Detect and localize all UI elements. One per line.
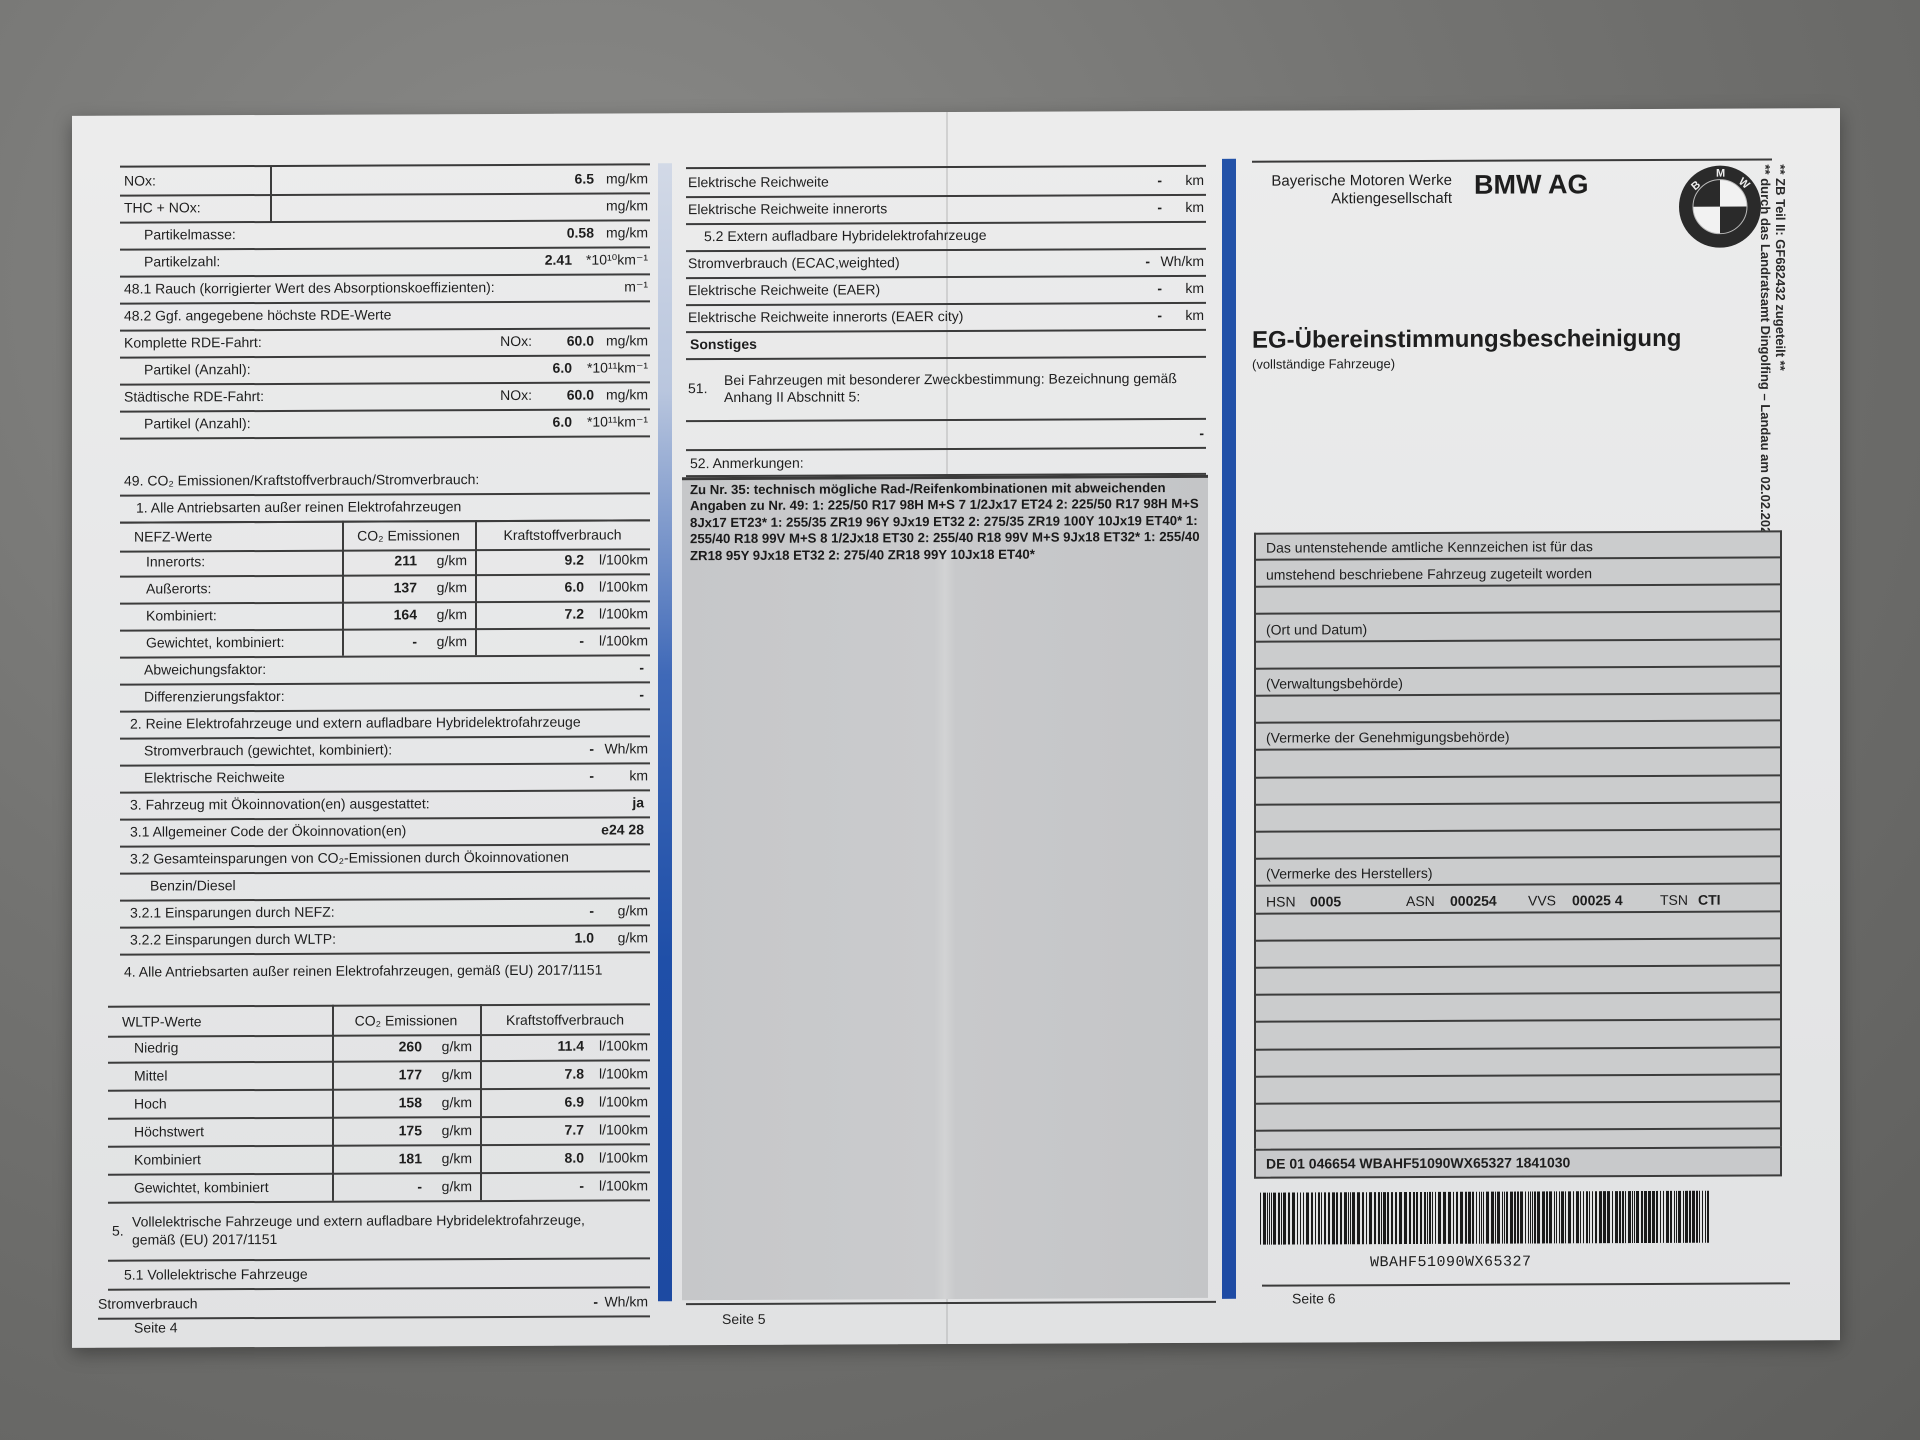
- row-label: Niedrig: [134, 1033, 178, 1061]
- item-52-heading: 52. Anmerkungen:: [686, 449, 1206, 477]
- box-row-empty: [1256, 995, 1780, 1023]
- barcode-bar: [1292, 1193, 1295, 1245]
- remarks-box: Zu Nr. 35: technisch mögliche Rad-/Reife…: [682, 475, 1208, 1300]
- fuel-unit: l/100km: [599, 1115, 648, 1143]
- registration-box: Das untenstehende amtliche Kennzeichen i…: [1254, 530, 1782, 1150]
- barcode-bar: [1520, 1192, 1523, 1244]
- row-value: -: [1157, 302, 1162, 329]
- barcode-bar: [1288, 1193, 1290, 1245]
- barcode-bar: [1420, 1192, 1422, 1244]
- row-unit: *10¹¹km⁻¹: [587, 408, 648, 435]
- barcode-bar: [1678, 1191, 1681, 1243]
- fuel-unit: l/100km: [599, 573, 648, 600]
- barcode-bar: [1628, 1191, 1631, 1243]
- row-label: 2. Reine Elektrofahrzeuge und extern auf…: [130, 709, 581, 738]
- fuel-value: 6.0: [565, 574, 584, 601]
- data-row: Partikel (Anzahl):6.0*10¹¹km⁻¹: [120, 408, 650, 439]
- barcode-bar: [1340, 1192, 1342, 1244]
- barcode-bar: [1427, 1192, 1428, 1244]
- barcode-bar: [1612, 1191, 1613, 1243]
- page-5-footer: Seite 5: [722, 1311, 766, 1327]
- row-value: -: [589, 898, 594, 925]
- barcode-bar: [1573, 1191, 1574, 1243]
- document-title: EG-Übereinstimmungsbescheinigung: [1252, 325, 1681, 355]
- barcode-bar: [1278, 1193, 1280, 1245]
- barcode-bar: [1416, 1192, 1418, 1244]
- barcode-bar: [1634, 1191, 1635, 1243]
- barcode-bar: [1269, 1193, 1270, 1245]
- co2-value: 137: [394, 574, 417, 601]
- barcode-bar: [1641, 1191, 1643, 1243]
- sonstiges-heading: Sonstiges: [686, 329, 1206, 360]
- barcode-bar: [1435, 1192, 1436, 1244]
- document-subtitle: (vollständige Fahrzeuge): [1252, 356, 1395, 372]
- row-unit: g/km: [618, 924, 648, 951]
- row-unit: Wh/km: [604, 735, 648, 762]
- barcode-bar: [1525, 1192, 1526, 1244]
- barcode-bar: [1663, 1191, 1664, 1243]
- row-value: ja: [632, 789, 644, 816]
- column-divider: [332, 1005, 334, 1201]
- row-unit: m⁻¹: [624, 273, 648, 300]
- row-value: -: [589, 736, 594, 763]
- fuel-value: 8.0: [565, 1144, 584, 1172]
- row-value: 2.41: [545, 247, 572, 274]
- barcode-bar: [1707, 1191, 1709, 1243]
- header-fuel: Kraftstoffverbrauch: [475, 521, 650, 549]
- row-label: 3.2 Gesamteinsparungen von CO₂-Emissione…: [130, 844, 569, 873]
- row-label: Partikelmasse:: [144, 221, 236, 248]
- column-divider: [480, 1004, 482, 1200]
- co2-value: 175: [399, 1116, 422, 1144]
- fuel-unit: l/100km: [599, 1171, 648, 1199]
- page-6: Bayerische Motoren Werke Aktiengesellsch…: [1252, 158, 1812, 1320]
- barcode-bar: [1699, 1191, 1700, 1243]
- row-label: Elektrische Reichweite innerorts: [688, 195, 887, 223]
- barcode-bar: [1366, 1192, 1367, 1244]
- table-row: Gewichtet, kombiniert-g/km-l/100km: [108, 1171, 650, 1203]
- barcode-bar: [1554, 1191, 1555, 1243]
- barcode-bar: [1549, 1191, 1552, 1243]
- barcode-bar: [1537, 1191, 1540, 1243]
- item-51-value-row: -: [686, 420, 1206, 451]
- box-row-empty: [1256, 913, 1780, 941]
- section-4-heading: 4. Alle Antriebsarten außer reinen Elekt…: [120, 955, 650, 987]
- row-label: Gewichtet, kombiniert:: [146, 629, 285, 657]
- page-5: Elektrische Reichweite-kmElektrische Rei…: [686, 167, 1206, 1319]
- fuel-value: 7.8: [565, 1060, 584, 1088]
- row-label: Partikel (Anzahl):: [144, 410, 251, 437]
- header-co2: CO₂ Emissionen: [342, 522, 475, 550]
- barcode-bar: [1644, 1191, 1647, 1243]
- barcode-bar: [1648, 1191, 1651, 1243]
- section-5-heading: 5. Vollelektrische Fahrzeuge und extern …: [108, 1205, 650, 1261]
- fuel-value: 6.9: [565, 1088, 584, 1116]
- barcode-bar: [1674, 1191, 1675, 1243]
- box-row: Das untenstehende amtliche Kennzeichen i…: [1256, 532, 1780, 560]
- row-label: Stromverbrauch (gewichtet, kombiniert):: [144, 736, 392, 764]
- barcode-bar: [1374, 1192, 1376, 1244]
- barcode-bar: [1615, 1191, 1618, 1243]
- section-5-1-heading: 5.1 Vollelektrische Fahrzeuge: [108, 1259, 650, 1290]
- header-co2: CO₂ Emissionen: [332, 1006, 480, 1035]
- co2-unit: g/km: [437, 628, 467, 655]
- barcode-bar: [1702, 1191, 1703, 1243]
- row-unit: Wh/km: [1160, 248, 1204, 275]
- barcode-bar: [1387, 1192, 1389, 1244]
- row-label: Innerorts:: [146, 548, 205, 575]
- box-row: [1256, 641, 1780, 669]
- co2-value: 164: [394, 601, 417, 628]
- barcode-text: WBAHF51090WX65327: [1370, 1253, 1532, 1271]
- barcode-bar: [1300, 1192, 1301, 1244]
- row-sublabel: NOx:: [500, 382, 532, 409]
- barcode-bar: [1619, 1191, 1621, 1243]
- barcode-bar: [1328, 1192, 1330, 1244]
- co2-unit: g/km: [442, 1060, 472, 1088]
- co2-value: 177: [399, 1060, 422, 1088]
- box-row-empty: [1256, 1022, 1780, 1050]
- fuel-unit: l/100km: [599, 1031, 648, 1059]
- barcode-bar: [1510, 1192, 1513, 1244]
- row-value: -: [589, 763, 594, 790]
- row-value: 1.0: [575, 925, 594, 952]
- fuel-unit: l/100km: [599, 1059, 648, 1087]
- box-row-empty: [1256, 940, 1780, 968]
- barcode-bar: [1683, 1191, 1684, 1243]
- barcode-bar: [1692, 1191, 1695, 1243]
- barcode-bar: [1352, 1192, 1355, 1244]
- barcode-bar: [1542, 1191, 1545, 1243]
- barcode-bar: [1369, 1192, 1372, 1244]
- row-label: 3.2.1 Einsparungen durch NEFZ:: [130, 899, 335, 927]
- co2-value: 260: [399, 1032, 422, 1060]
- page-5-footer-rule: [686, 1301, 1216, 1305]
- row-label: Mittel: [134, 1061, 167, 1089]
- co2-unit: g/km: [437, 547, 467, 574]
- fuel-unit: l/100km: [599, 546, 648, 573]
- box-row: (Vermerke der Genehmigungsbehörde): [1256, 723, 1780, 751]
- row-value: -: [639, 681, 644, 708]
- row-value: -: [1157, 275, 1162, 302]
- barcode-bar: [1315, 1192, 1316, 1244]
- page-6-footer-rule: [1262, 1282, 1790, 1286]
- barcode-bar: [1652, 1191, 1655, 1243]
- barcode-bar: [1497, 1192, 1500, 1244]
- row-label: 48.1 Rauch (korrigierter Wert des Absorp…: [124, 274, 495, 303]
- row-label: 48.2 Ggf. angegebene höchste RDE-Werte: [124, 301, 391, 329]
- fuel-unit: l/100km: [599, 600, 648, 627]
- id-line-box: DE 01 046654 WBAHF51090WX65327 1841030: [1254, 1146, 1782, 1178]
- barcode-bar: [1546, 1191, 1548, 1243]
- box-row: [1256, 587, 1780, 615]
- barcode-bar: [1460, 1192, 1463, 1244]
- barcode-bar: [1685, 1191, 1688, 1243]
- header-label: WLTP-Werte: [122, 1007, 202, 1035]
- barcode-bar: [1336, 1192, 1338, 1244]
- row-label: Städtische RDE-Fahrt:: [124, 383, 264, 411]
- barcode-bar: [1625, 1191, 1626, 1243]
- row-unit: *10¹¹km⁻¹: [587, 354, 648, 381]
- row-label: Partikelzahl:: [144, 248, 220, 275]
- item-51: 51. Bei Fahrzeugen mit besonderer Zweckb…: [686, 358, 1206, 422]
- barcode-bar: [1514, 1192, 1516, 1244]
- row-label: Elektrische Reichweite: [688, 169, 829, 197]
- row-value: -: [639, 654, 644, 681]
- row-label: 3.2.2 Einsparungen durch WLTP:: [130, 926, 336, 954]
- row-unit: km: [1185, 167, 1204, 194]
- co2-value: 158: [399, 1088, 422, 1116]
- fuel-unit: l/100km: [599, 1087, 648, 1115]
- barcode-bar: [1281, 1193, 1282, 1245]
- row-label: 3. Fahrzeug mit Ökoinnovation(en) ausges…: [130, 790, 430, 818]
- co2-unit: g/km: [437, 601, 467, 628]
- barcode-bar: [1297, 1193, 1298, 1245]
- barcode-bar: [1263, 1193, 1266, 1245]
- barcode-bar: [1438, 1192, 1441, 1244]
- row-unit: km: [629, 762, 648, 789]
- barcode-bar: [1486, 1192, 1489, 1244]
- row-value: 6.5: [575, 166, 594, 193]
- box-row: [1256, 832, 1780, 860]
- blue-margin-bar-right: [1222, 159, 1236, 1299]
- stromverbrauch-row: Stromverbrauch - Wh/km: [98, 1288, 650, 1319]
- row-value: 60.0: [567, 382, 594, 409]
- barcode-bar: [1479, 1192, 1480, 1244]
- box-row-empty: [1256, 1049, 1780, 1077]
- barcode-bar: [1381, 1192, 1382, 1244]
- barcode-bar: [1603, 1191, 1606, 1243]
- barcode-bar: [1476, 1192, 1477, 1244]
- barcode-bar: [1267, 1193, 1268, 1245]
- barcode-bar: [1502, 1192, 1503, 1244]
- blue-margin-bar-left: [658, 163, 672, 1301]
- barcode-bar: [1429, 1192, 1431, 1244]
- barcode-bar: [1676, 1191, 1677, 1243]
- row-unit: km: [1185, 194, 1204, 221]
- fuel-unit: l/100km: [599, 1143, 648, 1171]
- remarks-text: Zu Nr. 35: technisch mögliche Rad-/Reife…: [682, 478, 1208, 566]
- barcode-bar: [1344, 1192, 1347, 1244]
- barcode-bar: [1576, 1191, 1579, 1243]
- row-label: Kombiniert:: [146, 602, 217, 629]
- row-label: Gewichtet, kombiniert: [134, 1173, 269, 1202]
- barcode-bar: [1443, 1192, 1446, 1244]
- row-unit: mg/km: [606, 327, 648, 354]
- header-rule: [1252, 158, 1772, 162]
- row-unit: mg/km: [606, 381, 648, 408]
- data-row: 3.2.2 Einsparungen durch WLTP:1.0g/km: [120, 924, 650, 955]
- page-4-footer: Seite 4: [134, 1319, 178, 1335]
- barcode-bar: [1383, 1192, 1386, 1244]
- barcode-bar: [1404, 1192, 1407, 1244]
- barcode-bar: [1362, 1192, 1364, 1244]
- co2-value: -: [412, 628, 417, 655]
- row-label: Stromverbrauch (ECAC,weighted): [688, 249, 900, 277]
- box-row: [1256, 750, 1780, 778]
- co2-unit: g/km: [442, 1088, 472, 1116]
- fuel-unit: l/100km: [599, 627, 648, 654]
- barcode-bar: [1504, 1192, 1505, 1244]
- barcode-bar: [1350, 1192, 1351, 1244]
- co2-unit: g/km: [442, 1144, 472, 1172]
- vin-barcode: [1260, 1191, 1714, 1245]
- header-label: NEFZ-Werte: [134, 523, 212, 550]
- barcode-bar: [1448, 1192, 1451, 1244]
- row-label: Abweichungsfaktor:: [144, 656, 266, 684]
- barcode-bar: [1660, 1191, 1661, 1243]
- barcode-bar: [1424, 1192, 1426, 1244]
- barcode-bar: [1583, 1191, 1584, 1243]
- row-value: -: [1157, 194, 1162, 221]
- co2-value: -: [417, 1172, 422, 1200]
- box-row: [1256, 804, 1780, 832]
- barcode-bar: [1357, 1192, 1360, 1244]
- fuel-value: -: [579, 1172, 584, 1200]
- row-label: Benzin/Diesel: [150, 872, 236, 899]
- company-name: Bayerische Motoren Werke Aktiengesellsch…: [1252, 172, 1452, 209]
- row-value: 0.58: [567, 220, 594, 247]
- row-value: 6.0: [553, 355, 572, 382]
- fuel-value: 7.2: [565, 601, 584, 628]
- barcode-bar: [1705, 1191, 1706, 1243]
- barcode-bar: [1391, 1192, 1393, 1244]
- barcode-bar: [1696, 1191, 1698, 1243]
- barcode-bar: [1409, 1192, 1411, 1244]
- row-sublabel: NOx:: [500, 328, 532, 355]
- co2-value: 181: [399, 1144, 422, 1172]
- barcode-bar: [1589, 1191, 1590, 1243]
- barcode-bar: [1595, 1191, 1597, 1243]
- barcode-bar: [1324, 1192, 1326, 1244]
- barcode-bar: [1481, 1192, 1482, 1244]
- barcode-bar: [1399, 1192, 1402, 1244]
- manufacturer-codes-row: [1254, 868, 1778, 896]
- barcode-bar: [1580, 1191, 1581, 1243]
- barcode-bar: [1666, 1191, 1669, 1243]
- barcode-bar: [1517, 1192, 1519, 1244]
- co2-unit: g/km: [442, 1116, 472, 1144]
- barcode-bar: [1413, 1192, 1415, 1244]
- barcode-bar: [1689, 1191, 1691, 1243]
- barcode-bar: [1432, 1192, 1433, 1244]
- row-label: Komplette RDE-Fahrt:: [124, 329, 262, 357]
- row-unit: mg/km: [606, 192, 648, 219]
- column-divider: [475, 520, 477, 655]
- row-unit: g/km: [618, 897, 648, 924]
- barcode-bar: [1528, 1191, 1529, 1243]
- box-row-empty: [1256, 1104, 1780, 1132]
- nefz-table: NEFZ-WerteCO₂ EmissionenKraftstoffverbra…: [120, 519, 650, 656]
- barcode-bar: [1303, 1192, 1304, 1244]
- row-value: -: [1157, 167, 1162, 194]
- barcode-bar: [1534, 1191, 1536, 1243]
- svg-text:M: M: [1716, 168, 1725, 180]
- barcode-bar: [1273, 1193, 1276, 1245]
- column-divider: [342, 521, 344, 656]
- row-label: Kombiniert: [134, 1145, 201, 1173]
- row-label: 5.2 Extern aufladbare Hybridelektrofahrz…: [704, 222, 987, 250]
- row-label: Hoch: [134, 1089, 167, 1117]
- barcode-bar: [1483, 1192, 1484, 1244]
- box-row: (Ort und Datum): [1256, 614, 1780, 642]
- barcode-bar: [1495, 1192, 1496, 1244]
- barcode-bar: [1271, 1193, 1272, 1245]
- row-label: Elektrische Reichweite: [144, 764, 285, 792]
- barcode-bar: [1260, 1193, 1261, 1245]
- co2-unit: g/km: [437, 574, 467, 601]
- barcode-bar: [1321, 1192, 1322, 1244]
- row-unit: mg/km: [606, 165, 648, 192]
- barcode-bar: [1378, 1192, 1380, 1244]
- barcode-bar: [1599, 1191, 1602, 1243]
- row-unit: *10¹⁰km⁻¹: [586, 246, 648, 273]
- box-row: umstehend beschriebene Fahrzeug zugeteil…: [1256, 560, 1780, 588]
- bmw-logo-icon: B M W: [1678, 164, 1762, 248]
- row-unit: km: [1185, 302, 1204, 329]
- row-label: Höchstwert: [134, 1117, 204, 1145]
- box-row: (Verwaltungsbehörde): [1256, 668, 1780, 696]
- row-unit: mg/km: [606, 219, 648, 246]
- box-row: [1256, 777, 1780, 805]
- box-row: [1256, 696, 1780, 724]
- box-row-empty: [1256, 1076, 1780, 1104]
- barcode-bar: [1670, 1191, 1672, 1243]
- barcode-bar: [1636, 1191, 1639, 1243]
- barcode-bar: [1656, 1191, 1658, 1243]
- row-label: Elektrische Reichweite innerorts (EAER c…: [688, 303, 963, 331]
- barcode-bar: [1456, 1192, 1458, 1244]
- barcode-bar: [1532, 1191, 1533, 1243]
- barcode-bar: [1332, 1192, 1335, 1244]
- page-4: NOx:6.5mg/kmTHC + NOx:mg/kmPartikelmasse…: [120, 165, 650, 1347]
- barcode-bar: [1348, 1192, 1349, 1244]
- row-label: THC + NOx:: [124, 194, 201, 221]
- wltp-table: WLTP-WerteCO₂ EmissionenKraftstoffverbra…: [108, 1003, 650, 1205]
- row-value: -: [1145, 248, 1150, 275]
- barcode-bar: [1607, 1191, 1610, 1243]
- barcode-bar: [1311, 1192, 1313, 1244]
- row-label: Elektrische Reichweite (EAER): [688, 276, 880, 304]
- row-unit: km: [1185, 275, 1204, 302]
- barcode-bar: [1472, 1192, 1474, 1244]
- barcode-bar: [1592, 1191, 1593, 1243]
- row-label: Differenzierungsfaktor:: [144, 683, 285, 711]
- nox-divider: [270, 167, 272, 223]
- barcode-bar: [1561, 1191, 1564, 1243]
- barcode-bar: [1586, 1191, 1588, 1243]
- barcode-bar: [1568, 1191, 1571, 1243]
- barcode-bar: [1622, 1191, 1624, 1243]
- fuel-value: 11.4: [558, 1032, 584, 1060]
- barcode-bar: [1468, 1192, 1471, 1244]
- co2-unit: g/km: [442, 1032, 472, 1060]
- row-label: Außerorts:: [146, 575, 211, 602]
- row-value: 60.0: [567, 328, 594, 355]
- barcode-bar: [1530, 1191, 1531, 1243]
- row-value: e24 28: [601, 816, 644, 843]
- row-value: 6.0: [553, 409, 572, 436]
- barcode-bar: [1491, 1192, 1494, 1244]
- co2-unit: g/km: [442, 1172, 472, 1200]
- barcode-bar: [1565, 1191, 1566, 1243]
- barcode-bar: [1559, 1191, 1560, 1243]
- barcode-bar: [1395, 1192, 1397, 1244]
- registration-note: ** ZB Teil II: GF682432 zugeteilt ** ** …: [1758, 164, 1788, 551]
- row-label: NOx:: [124, 167, 156, 194]
- barcode-bar: [1556, 1191, 1557, 1243]
- barcode-bar: [1306, 1192, 1309, 1244]
